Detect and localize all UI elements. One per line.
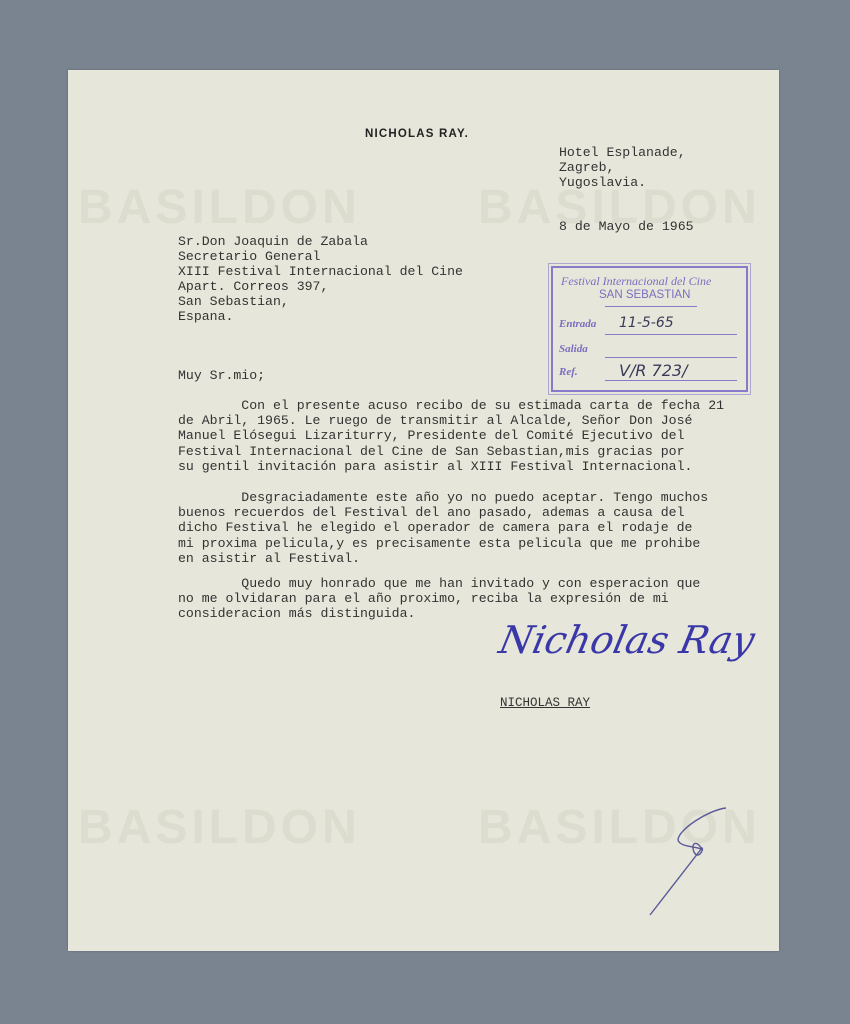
handwritten-signature: Nicholas Ray [495,618,758,662]
stamp-line [605,357,737,358]
body-paragraph: Con el presente acuso recibo de su estim… [178,398,724,474]
letterhead: NICHOLAS RAY. [365,128,469,140]
sender-address-line: Yugoslavia. [559,175,646,190]
typed-signature: NICHOLAS RAY [500,696,590,710]
sender-address-line: Hotel Esplanade, [559,145,686,160]
salutation: Muy Sr.mio; [178,368,265,383]
stamp-ref-label: Ref. [559,366,578,378]
recipient-line: Secretario General [178,249,320,264]
recipient-line: Sr.Don Joaquin de Zabala [178,234,368,249]
recipient-line: Espana. [178,309,233,324]
watermark: BASILDON [78,180,361,235]
handwritten-initial-mark [638,800,738,920]
recipient-line: Apart. Correos 397, [178,279,328,294]
stamp-title: Festival Internacional del Cine [561,274,711,289]
stamp-entrada-value: 11-5-65 [619,315,674,331]
stamp-divider [605,306,697,307]
sender-address-line: Zagreb, [559,160,614,175]
stamp-line [605,334,737,335]
stamp-salida-label: Salida [559,343,588,355]
stamp-subtitle: SAN SEBASTIAN [599,289,690,301]
body-paragraph: Desgraciadamente este año yo no puedo ac… [178,490,708,566]
watermark: BASILDON [78,800,361,855]
received-stamp: Festival Internacional del Cine SAN SEBA… [551,266,748,392]
recipient-line: San Sebastian, [178,294,289,309]
letter-date: 8 de Mayo de 1965 [559,219,694,234]
stamp-ref-value: V/R 723/ [619,361,687,380]
letter-paper: BASILDON BASILDON BASILDON BASILDON NICH… [68,70,779,951]
recipient-line: XIII Festival Internacional del Cine [178,264,463,279]
stamp-entrada-label: Entrada [559,318,596,330]
body-paragraph: Quedo muy honrado que me han invitado y … [178,576,700,622]
stamp-line [605,380,737,381]
